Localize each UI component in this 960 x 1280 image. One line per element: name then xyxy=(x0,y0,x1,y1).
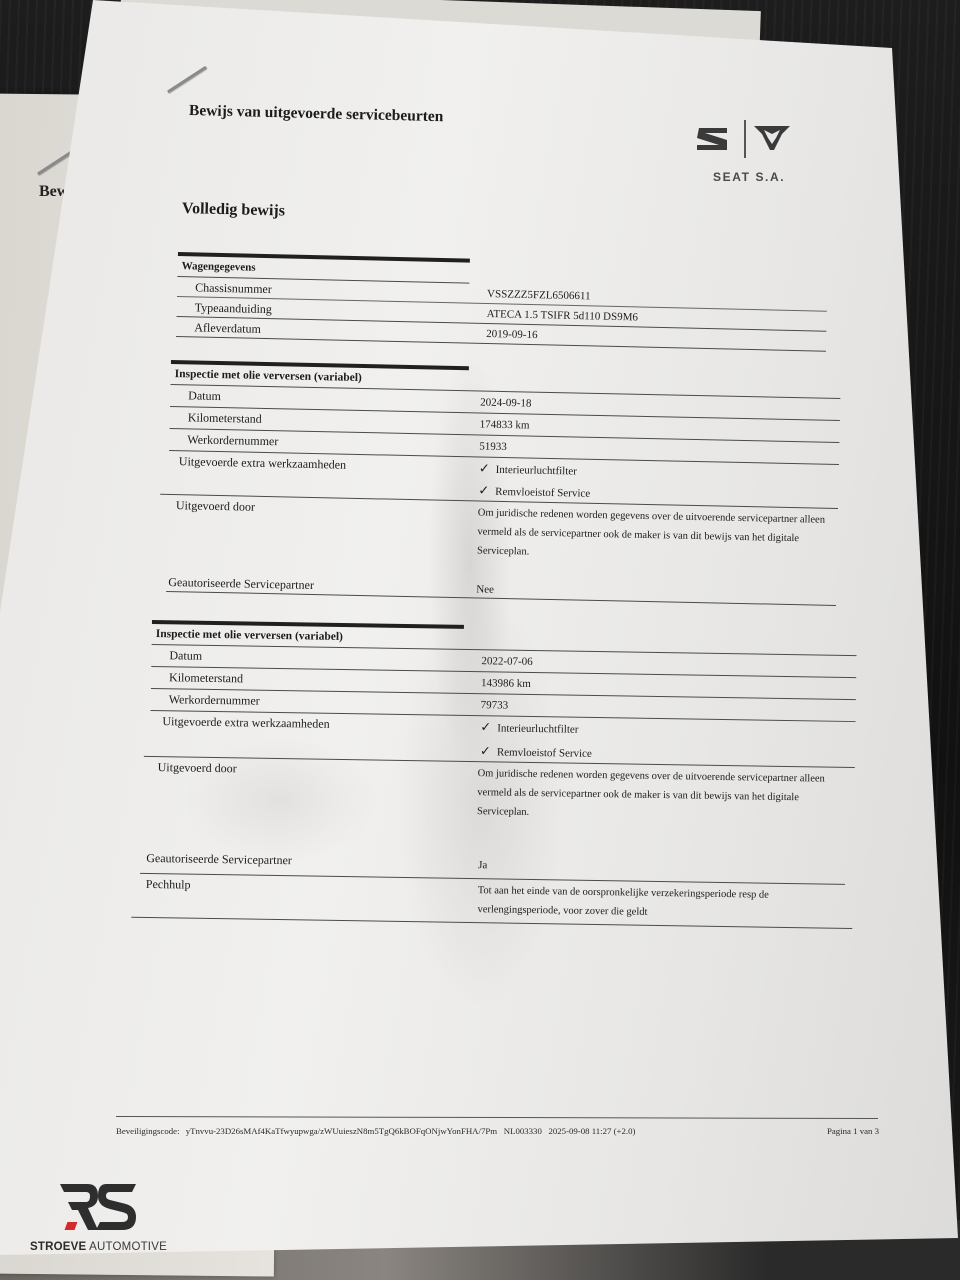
section-heading: Inspectie met olie verversen (variabel) xyxy=(175,368,362,384)
extra-work-item: ✓Remvloeistof Service xyxy=(480,744,592,761)
checkmark-icon: ✓ xyxy=(480,744,491,759)
extra-work-item: ✓Interieurluchtfilter xyxy=(479,461,577,478)
seat-logo: SEAT S.A. xyxy=(697,118,807,188)
stroeve-automotive-watermark: STROEVE AUTOMOTIVE xyxy=(30,1180,170,1260)
field-label: Typeaanduiding xyxy=(195,300,272,317)
print-timestamp: 2025-09-08 11:27 (+2.0) xyxy=(548,1126,635,1136)
document-subtitle: Volledig bewijs xyxy=(182,200,285,221)
extra-work-item: ✓Interieurluchtfilter xyxy=(480,720,578,737)
section-heading: Inspectie met olie verversen (variabel) xyxy=(156,628,343,643)
authorized-partner-value: Nee xyxy=(476,583,494,595)
field-label: Chassisnummer xyxy=(195,280,272,297)
field-label: Uitgevoerd door xyxy=(176,498,255,515)
extra-work-item: ✓Remvloeistof Service xyxy=(478,483,590,500)
seat-s-logo-icon xyxy=(697,128,727,150)
table-row: Uitgevoerd door Om juridische redenen wo… xyxy=(142,756,854,859)
field-label: Pechhulp xyxy=(146,877,191,893)
checkmark-icon: ✓ xyxy=(478,483,489,498)
footer-rule xyxy=(116,1116,878,1119)
section-heading: Wagengegevens xyxy=(182,260,256,274)
chassis-number: VSSZZZ5FZL6506611 xyxy=(487,288,591,302)
security-code-label: Beveiligingscode: xyxy=(116,1126,180,1136)
page-indicator: Pagina 1 van 3 xyxy=(827,1126,879,1136)
vehicle-section: Wagengegevens Chassisnummer Typeaanduidi… xyxy=(178,252,828,267)
field-label: Kilometerstand xyxy=(169,670,243,686)
rs-logo-icon xyxy=(58,1182,138,1236)
table-row: Uitgevoerd door Om juridische redenen wo… xyxy=(159,494,838,586)
performed-by-note: Om juridische redenen worden gegevens ov… xyxy=(477,503,838,568)
field-label: Datum xyxy=(188,388,221,404)
checkmark-icon: ✓ xyxy=(479,461,490,476)
mileage: 174833 km xyxy=(480,418,530,431)
checkmark-icon: ✓ xyxy=(480,720,491,735)
service-entry-2022: Inspectie met olie verversen (variabel) … xyxy=(152,620,857,631)
document-footer: Beveiligingscode: yTnvvu-23D26sMAf4KaTfw… xyxy=(116,1126,881,1136)
roadside-assistance-value: Tot aan het einde van de oorspronkelijke… xyxy=(477,881,828,924)
field-label: Werkordernummer xyxy=(169,692,260,708)
field-label: Kilometerstand xyxy=(188,410,262,427)
work-order-number: 51933 xyxy=(479,440,507,453)
authorized-partner-value: Ja xyxy=(478,859,487,871)
field-label: Uitgevoerde extra werkzaamheden xyxy=(179,454,347,472)
document-title: Bewijs van uitgevoerde servicebeurten xyxy=(189,102,444,126)
field-label: Geautoriseerde Servicepartner xyxy=(146,851,292,868)
field-label: Afleverdatum xyxy=(194,320,261,337)
performed-by-note: Om juridische redenen worden gegevens ov… xyxy=(477,764,843,827)
brand-name: SEAT S.A. xyxy=(713,170,785,184)
work-order-number: 79733 xyxy=(481,699,509,711)
dealer-code: NL003330 xyxy=(504,1126,542,1136)
field-label: Werkordernummer xyxy=(187,432,278,449)
field-label: Geautoriseerde Servicepartner xyxy=(168,575,314,593)
staple-icon xyxy=(167,66,207,94)
security-code: yTnvvu-23D26sMAf4KaTfwyupwga/zWUuieszN8m… xyxy=(186,1126,497,1136)
field-label: Uitgevoerde extra werkzaamheden xyxy=(162,714,329,732)
delivery-date: 2019-09-16 xyxy=(486,328,538,341)
cupra-logo-icon xyxy=(754,124,790,152)
mileage: 143986 km xyxy=(481,677,531,690)
service-date: 2024-09-18 xyxy=(480,396,532,409)
logo-divider xyxy=(744,120,746,158)
field-label: Datum xyxy=(169,648,202,664)
document-content: Bewijs van uitgevoerde servicebeurten Vo… xyxy=(0,0,960,1280)
watermark-text: STROEVE AUTOMOTIVE xyxy=(30,1241,167,1253)
section-rule xyxy=(152,620,464,629)
service-date: 2022-07-06 xyxy=(481,655,533,668)
field-label: Uitgevoerd door xyxy=(158,760,237,776)
